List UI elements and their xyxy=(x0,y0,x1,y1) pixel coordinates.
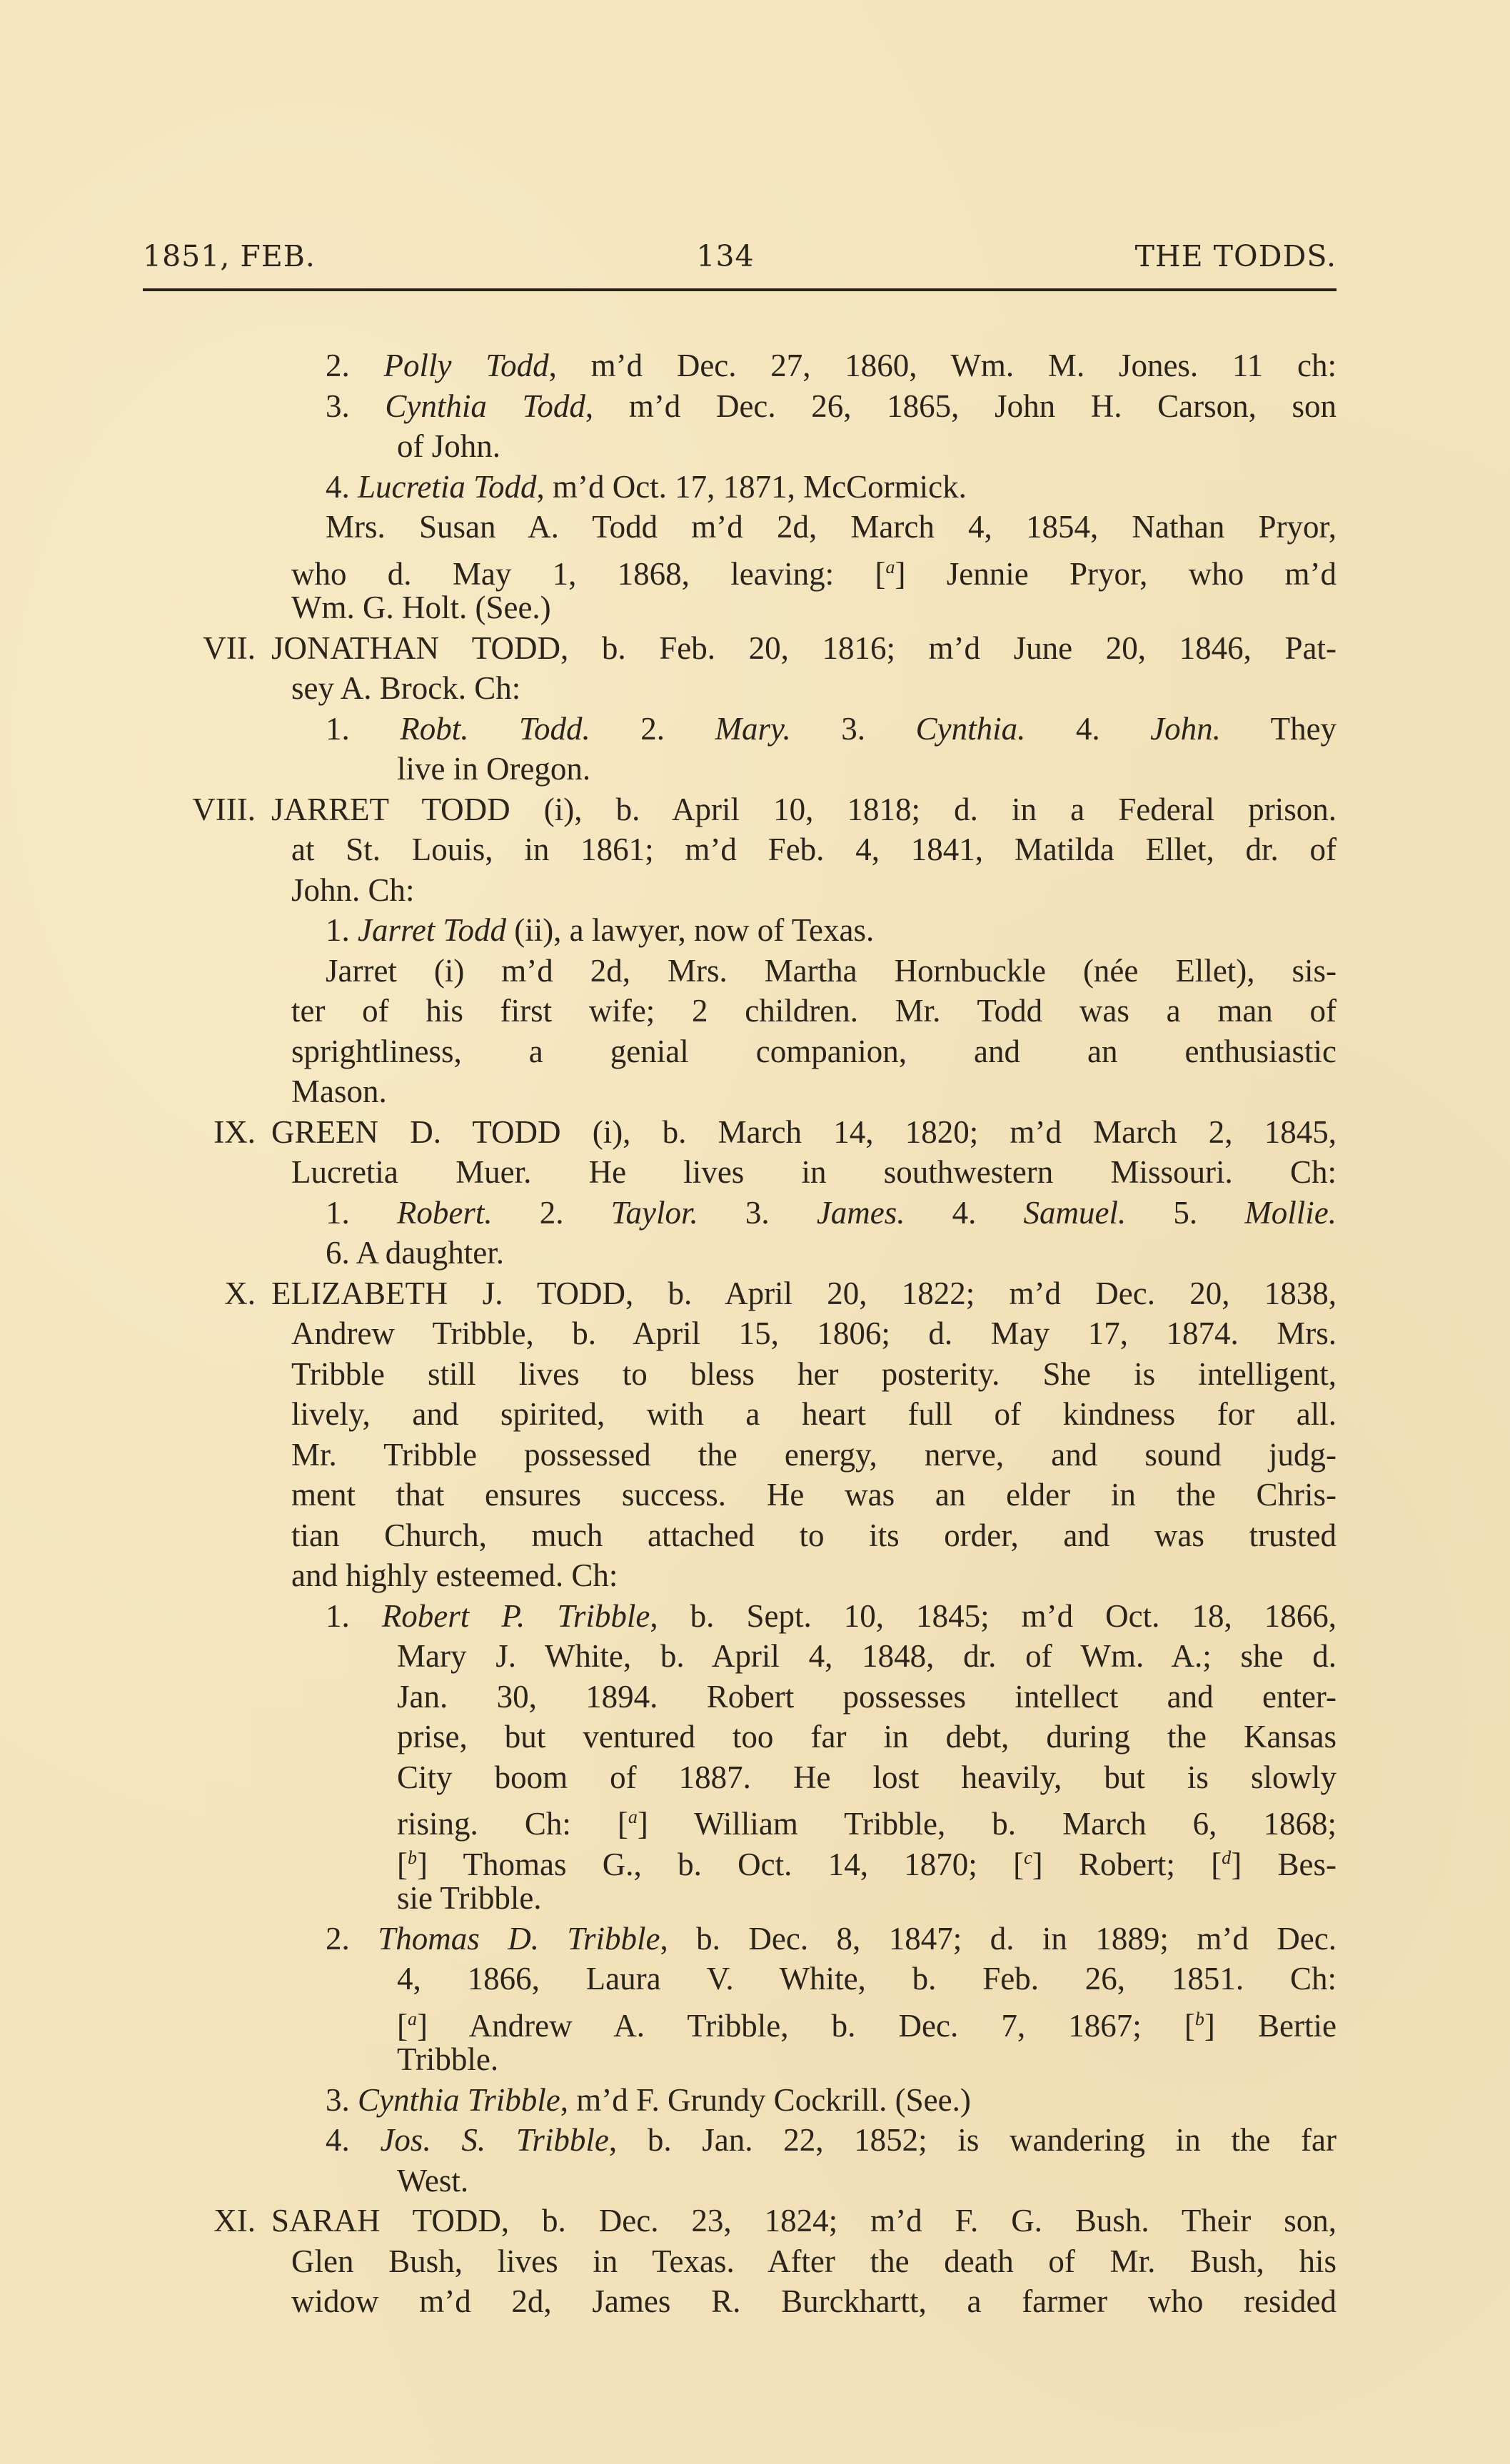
italic-name: Robert P. Tribble xyxy=(382,1598,650,1634)
text-run: Jan. 30, 1894. Robert possesses intellec… xyxy=(397,1679,1337,1715)
text-run: sey A. Brock. Ch: xyxy=(291,670,520,706)
child-entry-line: of John. xyxy=(397,426,1337,466)
italic-name: Thomas D. Tribble xyxy=(378,1921,660,1956)
text-run: , b. Sept. 10, 1845; m’d Oct. 18, 1866, xyxy=(650,1598,1337,1634)
italic-name: Robert. xyxy=(397,1195,493,1231)
text-line: sey A. Brock. Ch: xyxy=(291,668,1337,708)
child-entry-line: live in Oregon. xyxy=(397,749,1337,789)
superscript-marker: c xyxy=(1024,1847,1032,1868)
entry-heading-line: GREEN D. TODD (i), b. March 14, 1820; m’… xyxy=(271,1112,1337,1152)
text-run: Mr. Tribble possessed the energy, nerve,… xyxy=(291,1437,1337,1473)
child-entry-line: 2. Polly Todd, m’d Dec. 27, 1860, Wm. M.… xyxy=(326,345,1337,385)
text-run: , m’d Oct. 17, 1871, McCormick. xyxy=(536,469,966,505)
text-run: Jarret (i) m’d 2d, Mrs. Martha Hornbuckl… xyxy=(326,953,1337,989)
text-line: at St. Louis, in 1861; m’d Feb. 4, 1841,… xyxy=(291,829,1337,869)
child-entry-line: [b] Thomas G., b. Oct. 14, 1870; [c] Rob… xyxy=(397,1838,1337,1878)
header-rule xyxy=(143,288,1337,291)
text-line: lively, and spirited, with a heart full … xyxy=(291,1394,1337,1434)
text-run: lively, and spirited, with a heart full … xyxy=(291,1396,1337,1432)
text-line: Mason. xyxy=(291,1071,1337,1111)
text-run: 3. xyxy=(698,1195,817,1231)
text-run: JONATHAN TODD, b. Feb. 20, 1816; m’d Jun… xyxy=(271,630,1337,666)
text-line: tian Church, much attached to its order,… xyxy=(291,1515,1337,1555)
text-run: 6. A daughter. xyxy=(326,1235,504,1271)
text-run: at St. Louis, in 1861; m’d Feb. 4, 1841,… xyxy=(291,832,1337,867)
text-run: SARAH TODD, b. Dec. 23, 1824; m’d F. G. … xyxy=(271,2203,1337,2238)
text-run: (ii), a lawyer, now of Texas. xyxy=(506,912,874,948)
child-entry-line: 4. Lucretia Todd, m’d Oct. 17, 1871, McC… xyxy=(326,467,1337,507)
italic-name: Samuel. xyxy=(1024,1195,1127,1231)
text-run: , b. Dec. 8, 1847; d. in 1889; m’d Dec. xyxy=(660,1921,1337,1956)
child-entry-line: rising. Ch: [a] William Tribble, b. Marc… xyxy=(397,1797,1337,1837)
text-run: ] Bes- xyxy=(1231,1847,1337,1882)
entry-roman-numeral: VII. xyxy=(191,628,256,668)
text-run: Wm. G. Holt. (See.) xyxy=(291,590,551,625)
child-entry-line: Jarret (i) m’d 2d, Mrs. Martha Hornbuckl… xyxy=(326,951,1337,991)
child-entry-line: 3. Cynthia Todd, m’d Dec. 26, 1865, John… xyxy=(326,386,1337,426)
child-entry-line: 1. Robert P. Tribble, b. Sept. 10, 1845;… xyxy=(326,1596,1337,1636)
text-line: and highly esteemed. Ch: xyxy=(291,1555,1337,1595)
text-run: widow m’d 2d, James R. Burckhartt, a far… xyxy=(291,2283,1337,2319)
text-run: [ xyxy=(397,2008,408,2044)
text-run: ] Thomas G., b. Oct. 14, 1870; [ xyxy=(417,1847,1024,1882)
italic-name: Jos. S. Tribble xyxy=(380,2122,608,2158)
text-line: widow m’d 2d, James R. Burckhartt, a far… xyxy=(291,2281,1337,2321)
superscript-marker: b xyxy=(1195,2009,1204,2029)
text-line: Lucretia Muer. He lives in southwestern … xyxy=(291,1152,1337,1192)
child-entry-line: Jan. 30, 1894. Robert possesses intellec… xyxy=(397,1677,1337,1717)
text-run: 4. xyxy=(1025,711,1150,747)
child-entry-line: Mary J. White, b. April 4, 1848, dr. of … xyxy=(397,1636,1337,1676)
child-entry-line: 1. Jarret Todd (ii), a lawyer, now of Te… xyxy=(326,910,1337,950)
text-line: sprightliness, a genial companion, and a… xyxy=(291,1031,1337,1071)
child-entry-line: 1. Robt. Todd. 2. Mary. 3. Cynthia. 4. J… xyxy=(326,709,1337,749)
text-run: JARRET TODD (i), b. April 10, 1818; d. i… xyxy=(271,792,1337,827)
text-run: tian Church, much attached to its order,… xyxy=(291,1518,1337,1553)
text-run: 1. xyxy=(326,1195,397,1231)
text-run: ] Bertie xyxy=(1204,2008,1337,2044)
entry-heading-line: ELIZABETH J. TODD, b. April 20, 1822; m’… xyxy=(271,1273,1337,1313)
text-run: 4. xyxy=(326,469,358,505)
text-run: Mason. xyxy=(291,1074,387,1109)
child-entry-line: prise, but ventured too far in debt, dur… xyxy=(397,1717,1337,1757)
text-run: ] William Tribble, b. March 6, 1868; xyxy=(638,1806,1337,1842)
superscript-marker: a xyxy=(885,557,895,577)
entry-roman-numeral: IX. xyxy=(191,1112,256,1152)
italic-name: Jarret Todd xyxy=(358,912,506,948)
child-entry-line: 6. A daughter. xyxy=(326,1233,1337,1273)
text-line: who d. May 1, 1868, leaving: [a] Jennie … xyxy=(291,547,1337,587)
text-run: 2. xyxy=(493,1195,611,1231)
italic-name: Cynthia. xyxy=(916,711,1026,747)
italic-name: Robt. Todd. xyxy=(400,711,590,747)
entry-roman-numeral: XI. xyxy=(191,2201,256,2241)
text-run: 1. xyxy=(326,912,358,948)
text-run: Mrs. Susan A. Todd m’d 2d, March 4, 1854… xyxy=(326,509,1337,545)
child-entry-line: 2. Thomas D. Tribble, b. Dec. 8, 1847; d… xyxy=(326,1919,1337,1959)
entry-heading-line: JONATHAN TODD, b. Feb. 20, 1816; m’d Jun… xyxy=(271,628,1337,668)
text-run: 4. xyxy=(905,1195,1024,1231)
text-run: prise, but ventured too far in debt, dur… xyxy=(397,1719,1337,1754)
text-run: 2. xyxy=(326,348,384,383)
text-run: Andrew Tribble, b. April 15, 1806; d. Ma… xyxy=(291,1316,1337,1351)
italic-name: Polly Todd xyxy=(384,348,549,383)
text-run: , m’d Dec. 27, 1860, Wm. M. Jones. 11 ch… xyxy=(549,348,1337,383)
text-run: ter of his first wife; 2 children. Mr. T… xyxy=(291,993,1337,1029)
child-entry-line: sie Tribble. xyxy=(397,1878,1337,1918)
text-line: John. Ch: xyxy=(291,870,1337,910)
child-entry-line: Mrs. Susan A. Todd m’d 2d, March 4, 1854… xyxy=(326,507,1337,547)
text-run: John. Ch: xyxy=(291,872,415,908)
text-run: [ xyxy=(397,1847,408,1882)
child-entry-line: 4, 1866, Laura V. White, b. Feb. 26, 185… xyxy=(397,1959,1337,1999)
child-entry-line: 3. Cynthia Tribble, m’d F. Grundy Cockri… xyxy=(326,2080,1337,2120)
text-line: ment that ensures success. He was an eld… xyxy=(291,1475,1337,1515)
text-run: 3. xyxy=(791,711,916,747)
text-run: They xyxy=(1221,711,1337,747)
superscript-marker: a xyxy=(408,2009,417,2029)
text-line: Tribble still lives to bless her posteri… xyxy=(291,1354,1337,1394)
italic-name: John. xyxy=(1150,711,1221,747)
text-run: 4, 1866, Laura V. White, b. Feb. 26, 185… xyxy=(397,1961,1337,1996)
entry-roman-numeral: VIII. xyxy=(191,789,256,829)
text-run: , b. Jan. 22, 1852; is wandering in the … xyxy=(609,2122,1337,2158)
italic-name: Mollie. xyxy=(1244,1195,1337,1231)
text-run: ] Andrew A. Tribble, b. Dec. 7, 1867; [ xyxy=(417,2008,1195,2044)
text-run: live in Oregon. xyxy=(397,751,590,787)
text-run: 1. xyxy=(326,711,400,747)
running-head-title: THE TODDS. xyxy=(1135,239,1337,273)
text-run: ELIZABETH J. TODD, b. April 20, 1822; m’… xyxy=(271,1276,1337,1311)
child-entry-line: 4. Jos. S. Tribble, b. Jan. 22, 1852; is… xyxy=(326,2120,1337,2160)
text-run: Mary J. White, b. April 4, 1848, dr. of … xyxy=(397,1638,1337,1674)
text-run: 5. xyxy=(1126,1195,1244,1231)
italic-name: Taylor. xyxy=(611,1195,698,1231)
text-run: 1. xyxy=(326,1598,382,1634)
text-run: sie Tribble. xyxy=(397,1880,542,1916)
text-run: ] Jennie Pryor, who m’d xyxy=(895,556,1337,592)
text-line: Wm. G. Holt. (See.) xyxy=(291,587,1337,627)
text-run: City boom of 1887. He lost heavily, but … xyxy=(397,1759,1337,1795)
italic-name: Lucretia Todd xyxy=(358,469,536,505)
text-run: ] Robert; [ xyxy=(1032,1847,1222,1882)
text-run: and highly esteemed. Ch: xyxy=(291,1557,618,1593)
child-entry-line: Tribble. xyxy=(397,2039,1337,2079)
child-entry-line: 1. Robert. 2. Taylor. 3. James. 4. Samue… xyxy=(326,1193,1337,1233)
text-run: Tribble. xyxy=(397,2041,498,2077)
entry-roman-numeral: X. xyxy=(191,1273,256,1313)
text-run: West. xyxy=(397,2163,468,2198)
text-run: , m’d Dec. 26, 1865, John H. Carson, son xyxy=(585,388,1337,424)
text-run: Lucretia Muer. He lives in southwestern … xyxy=(291,1154,1337,1190)
text-run: ment that ensures success. He was an eld… xyxy=(291,1477,1337,1513)
text-run: 3. xyxy=(326,2082,358,2118)
child-entry-line: [a] Andrew A. Tribble, b. Dec. 7, 1867; … xyxy=(397,1999,1337,2039)
text-run: of John. xyxy=(397,428,500,464)
entry-heading-line: SARAH TODD, b. Dec. 23, 1824; m’d F. G. … xyxy=(271,2201,1337,2241)
text-run: Glen Bush, lives in Texas. After the dea… xyxy=(291,2243,1337,2279)
running-head: 1851, FEB. 134 THE TODDS. xyxy=(143,239,1337,279)
superscript-marker: a xyxy=(628,1807,638,1827)
text-run: Tribble still lives to bless her posteri… xyxy=(291,1356,1337,1392)
italic-name: Mary. xyxy=(715,711,791,747)
text-run: 2. xyxy=(326,1921,378,1956)
text-run: GREEN D. TODD (i), b. March 14, 1820; m’… xyxy=(271,1114,1337,1150)
entry-heading-line: JARRET TODD (i), b. April 10, 1818; d. i… xyxy=(271,789,1337,829)
italic-name: Cynthia Tribble xyxy=(358,2082,560,2118)
text-run: 4. xyxy=(326,2122,380,2158)
text-run: rising. Ch: [ xyxy=(397,1806,628,1842)
text-line: Mr. Tribble possessed the energy, nerve,… xyxy=(291,1435,1337,1475)
text-line: Andrew Tribble, b. April 15, 1806; d. Ma… xyxy=(291,1313,1337,1353)
text-run: 3. xyxy=(326,388,385,424)
text-run: , m’d F. Grundy Cockrill. (See.) xyxy=(560,2082,971,2118)
superscript-marker: b xyxy=(408,1847,417,1868)
text-run: sprightliness, a genial companion, and a… xyxy=(291,1034,1337,1069)
superscript-marker: d xyxy=(1222,1847,1231,1868)
italic-name: Cynthia Todd xyxy=(385,388,585,424)
child-entry-line: West. xyxy=(397,2161,1337,2201)
child-entry-line: City boom of 1887. He lost heavily, but … xyxy=(397,1757,1337,1797)
text-run: 2. xyxy=(590,711,715,747)
text-line: ter of his first wife; 2 children. Mr. T… xyxy=(291,991,1337,1031)
text-line: Glen Bush, lives in Texas. After the dea… xyxy=(291,2241,1337,2281)
italic-name: James. xyxy=(817,1195,905,1231)
text-run: who d. May 1, 1868, leaving: [ xyxy=(291,556,885,592)
